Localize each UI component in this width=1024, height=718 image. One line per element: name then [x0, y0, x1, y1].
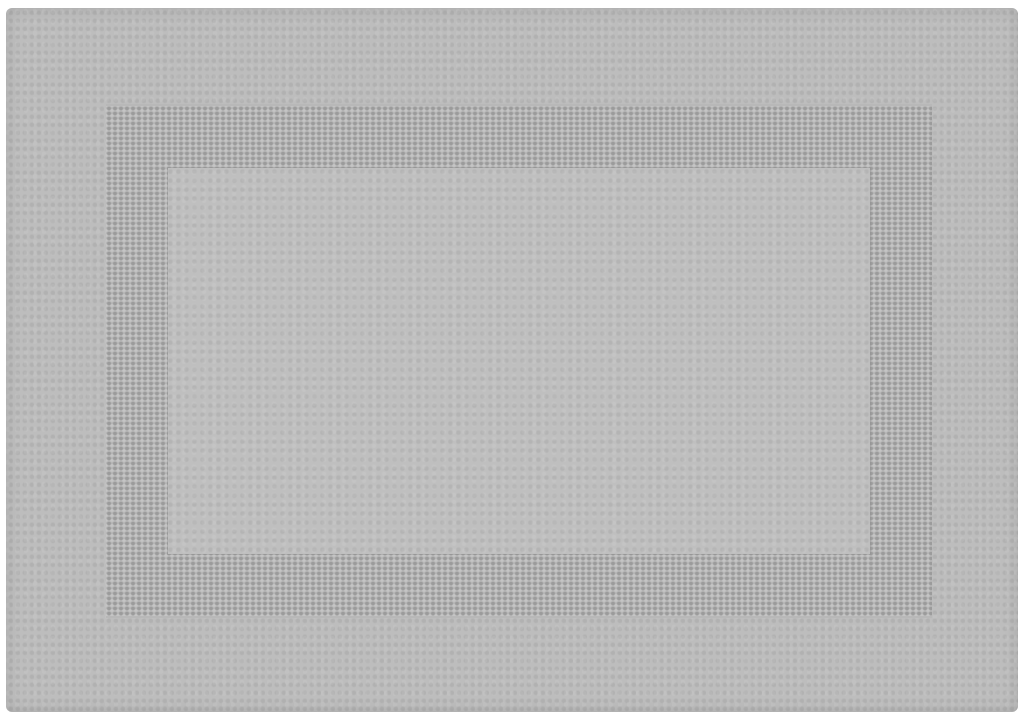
plush-center-field: [168, 168, 870, 554]
bath-mat: [6, 8, 1018, 712]
